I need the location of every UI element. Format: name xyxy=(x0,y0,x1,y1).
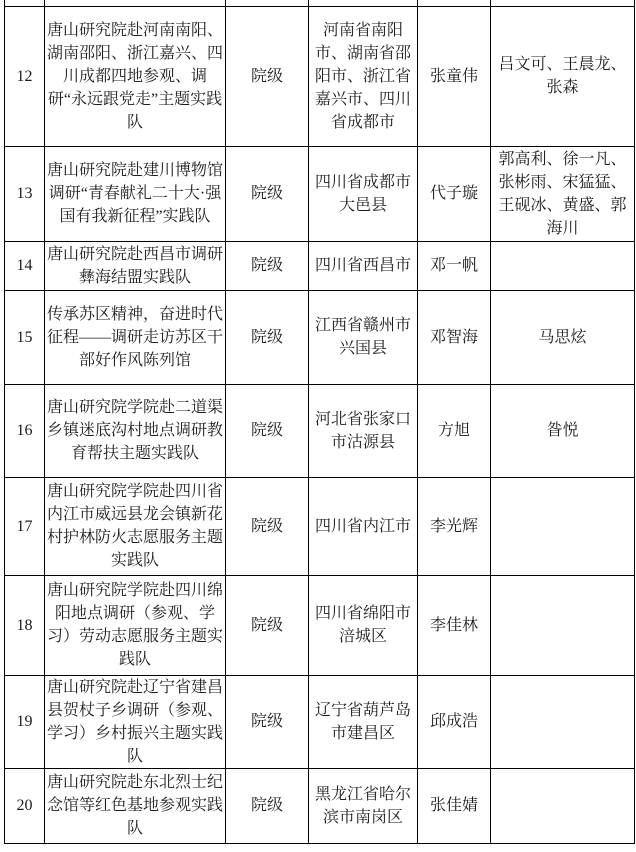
row-number-cell: 19 xyxy=(5,675,45,768)
team-name-cell: 唐山研究院赴河南南阳、湖南邵阳、浙江嘉兴、四川成都四地参观、调研“永远跟党走”主… xyxy=(45,6,226,146)
team-name-cell: 唐山研究院赴东北烈士纪念馆等红色基地参观实践队 xyxy=(45,768,226,843)
table-row: 17 唐山研究院学院赴四川省内江市威远县龙会镇新花村护林防火志愿服务主题实践队 … xyxy=(5,477,635,575)
leader-cell: 张童伟 xyxy=(418,6,491,146)
members-cell: 郭高利、徐一凡、张彬雨、宋猛猛、王砚冰、黄盛、郭海川 xyxy=(491,146,635,241)
location-cell: 河南省南阳市、湖南省邵阳市、浙江省嘉兴市、四川省成都市 xyxy=(309,6,418,146)
location-cell: 河北省张家口市沽源县 xyxy=(309,384,418,477)
row-number-cell: 12 xyxy=(5,6,45,146)
team-name-cell: 唐山研究院学院赴二道渠乡镇迷底沟村地点调研教育帮扶主题实践队 xyxy=(45,384,226,477)
members-cell xyxy=(491,675,635,768)
team-name-cell: 唐山研究院赴西昌市调研彝海结盟实践队 xyxy=(45,241,226,290)
level-cell: 院级 xyxy=(226,146,309,241)
location-cell: 黑龙江省哈尔滨市南岗区 xyxy=(309,768,418,843)
leader-cell: 李佳林 xyxy=(418,575,491,675)
level-cell: 院级 xyxy=(226,290,309,384)
row-number-cell: 13 xyxy=(5,146,45,241)
location-cell: 辽宁省葫芦岛市建昌区 xyxy=(309,675,418,768)
team-name-cell: 唐山研究院赴辽宁省建昌县贺杖子乡调研（参观、学习）乡村振兴主题实践队 xyxy=(45,675,226,768)
members-cell: 马思炫 xyxy=(491,290,635,384)
members-cell xyxy=(491,575,635,675)
level-cell: 院级 xyxy=(226,575,309,675)
row-number-cell: 17 xyxy=(5,477,45,575)
members-cell: 昝悦 xyxy=(491,384,635,477)
location-cell: 四川省绵阳市涪城区 xyxy=(309,575,418,675)
table-row: 15 传承苏区精神，奋进时代征程——调研走访苏区干部好作风陈列馆 院级 江西省赣… xyxy=(5,290,635,384)
level-cell: 院级 xyxy=(226,675,309,768)
row-number-cell: 20 xyxy=(5,768,45,843)
level-cell: 院级 xyxy=(226,768,309,843)
location-cell: 四川省西昌市 xyxy=(309,241,418,290)
members-cell xyxy=(491,768,635,843)
members-cell: 吕文可、王晨龙、张森 xyxy=(491,6,635,146)
team-name-cell: 传承苏区精神，奋进时代征程——调研走访苏区干部好作风陈列馆 xyxy=(45,290,226,384)
row-number-cell: 16 xyxy=(5,384,45,477)
team-name-cell: 唐山研究院学院赴四川省内江市威远县龙会镇新花村护林防火志愿服务主题实践队 xyxy=(45,477,226,575)
document-page: 12 唐山研究院赴河南南阳、湖南邵阳、浙江嘉兴、四川成都四地参观、调研“永远跟党… xyxy=(0,0,636,852)
leader-cell: 代子璇 xyxy=(418,146,491,241)
practice-teams-table: 12 唐山研究院赴河南南阳、湖南邵阳、浙江嘉兴、四川成都四地参观、调研“永远跟党… xyxy=(4,0,635,844)
leader-cell: 方旭 xyxy=(418,384,491,477)
table-row: 16 唐山研究院学院赴二道渠乡镇迷底沟村地点调研教育帮扶主题实践队 院级 河北省… xyxy=(5,384,635,477)
row-number-cell: 15 xyxy=(5,290,45,384)
members-cell xyxy=(491,241,635,290)
level-cell: 院级 xyxy=(226,6,309,146)
team-name-cell: 唐山研究院学院赴四川绵阳地点调研（参观、学习）劳动志愿服务主题实践队 xyxy=(45,575,226,675)
row-number-cell: 18 xyxy=(5,575,45,675)
row-number-cell: 14 xyxy=(5,241,45,290)
level-cell: 院级 xyxy=(226,241,309,290)
table-row: 18 唐山研究院学院赴四川绵阳地点调研（参观、学习）劳动志愿服务主题实践队 院级… xyxy=(5,575,635,675)
table-row: 19 唐山研究院赴辽宁省建昌县贺杖子乡调研（参观、学习）乡村振兴主题实践队 院级… xyxy=(5,675,635,768)
leader-cell: 邓智海 xyxy=(418,290,491,384)
table-row: 13 唐山研究院赴建川博物馆调研“青春献礼二十大·强国有我新征程”实践队 院级 … xyxy=(5,146,635,241)
leader-cell: 张佳婧 xyxy=(418,768,491,843)
level-cell: 院级 xyxy=(226,477,309,575)
table-row: 20 唐山研究院赴东北烈士纪念馆等红色基地参观实践队 院级 黑龙江省哈尔滨市南岗… xyxy=(5,768,635,843)
leader-cell: 邱成浩 xyxy=(418,675,491,768)
leader-cell: 邓一帆 xyxy=(418,241,491,290)
level-cell: 院级 xyxy=(226,384,309,477)
team-name-cell: 唐山研究院赴建川博物馆调研“青春献礼二十大·强国有我新征程”实践队 xyxy=(45,146,226,241)
table-row: 14 唐山研究院赴西昌市调研彝海结盟实践队 院级 四川省西昌市 邓一帆 xyxy=(5,241,635,290)
leader-cell: 李光辉 xyxy=(418,477,491,575)
table-row: 12 唐山研究院赴河南南阳、湖南邵阳、浙江嘉兴、四川成都四地参观、调研“永远跟党… xyxy=(5,6,635,146)
location-cell: 四川省内江市 xyxy=(309,477,418,575)
location-cell: 江西省赣州市兴国县 xyxy=(309,290,418,384)
members-cell xyxy=(491,477,635,575)
location-cell: 四川省成都市大邑县 xyxy=(309,146,418,241)
